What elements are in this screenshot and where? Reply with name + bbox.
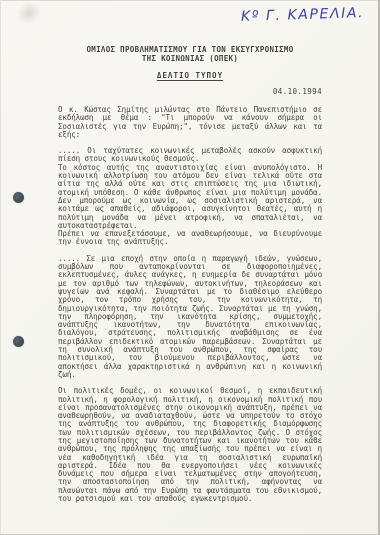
paragraph-block: Ο κ. Κώστας Σημίτης μιλώντας στο Πάντειο… [58, 106, 322, 139]
hole-punch-mark-top [13, 192, 24, 203]
org-title-line1: ΟΜΙΛΟΣ ΠΡΟΒΛΗΜΑΤΙΣΜΟΥ ΓΙΑ ΤΟΝ ΕΚΣΥΓΧΡΟΝΙ… [0, 45, 380, 54]
paragraph: Το κόστος αυτής της αναντιστοιχίας είναι… [58, 164, 322, 230]
paragraph-block: ..... Οι ταχύτατες κοινωνικές μεταβολές … [58, 147, 322, 247]
paragraph: ..... Οι ταχύτατες κοινωνικές μεταβολές … [58, 147, 322, 164]
paragraph: Πρέπει να επανεξετάσουμε, να αναθεωρήσου… [58, 230, 322, 247]
paragraph: Οι πολιτικές δομές, οι κοινωνικοί θεσμοί… [58, 387, 322, 503]
paragraph-block: ..... Σε μια εποχή στην οποία η παραγωγή… [58, 255, 322, 379]
org-title-line2: ΤΗΣ ΚΟΙΝΩΝΙΑΣ (ΟΠΕΚ) [0, 54, 380, 63]
document-date: 04.10.1994 [0, 87, 380, 96]
document-body: Ο κ. Κώστας Σημίτης μιλώντας στο Πάντειο… [0, 106, 380, 503]
scanned-page: Κº Γ. ΚΑΡΕΛΙΑ. ΟΜΙΛΟΣ ΠΡΟΒΛΗΜΑΤΙΣΜΟΥ ΓΙΑ… [0, 0, 380, 535]
paragraph: Ο κ. Κώστας Σημίτης μιλώντας στο Πάντειο… [58, 106, 322, 139]
document-type-title: ΔΕΛΤΙΟ ΤΥΠΟΥ [0, 71, 380, 80]
paragraph: ..... Σε μια εποχή στην οποία η παραγωγή… [58, 255, 322, 379]
hole-punch-mark-bottom [13, 336, 24, 347]
paragraph-block: Οι πολιτικές δομές, οι κοινωνικοί θεσμοί… [58, 387, 322, 503]
